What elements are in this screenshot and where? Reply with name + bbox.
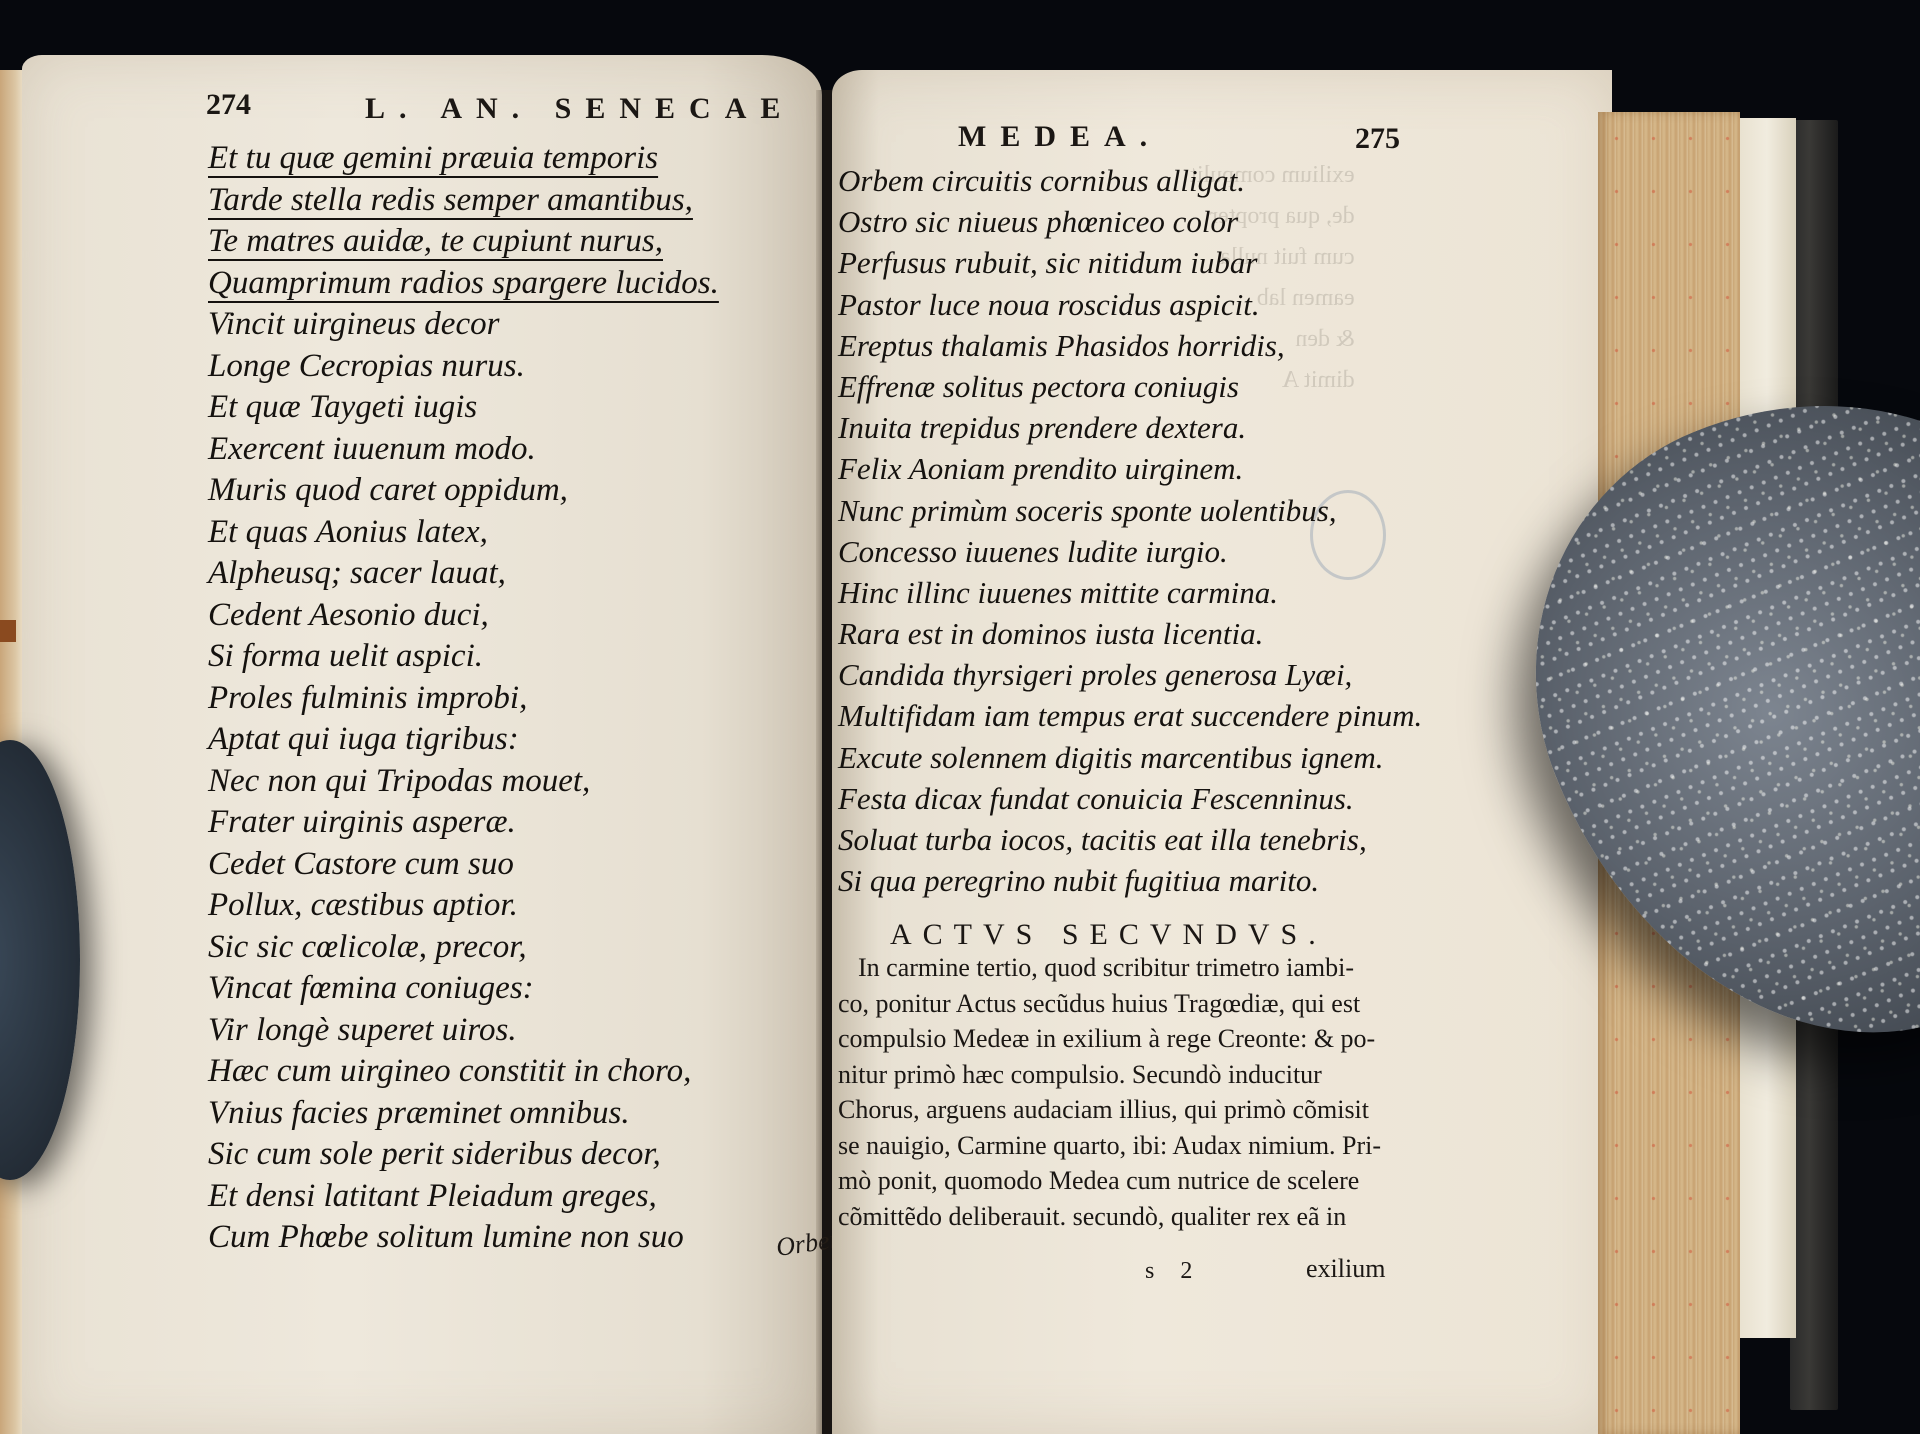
commentary-paragraph: In carmine tertio, quod scribitur trimet… xyxy=(838,950,1398,1234)
prose-line: se nauigio, Carmine quarto, ibi: Audax n… xyxy=(838,1128,1398,1164)
bookmark-tab xyxy=(0,620,16,642)
verse-line: Nunc primùm soceris sponte uolentibus, xyxy=(838,490,1422,531)
verse-line: Vnius facies præminet omnibus. xyxy=(208,1093,719,1135)
verse-line: Et quæ Taygeti iugis xyxy=(208,387,719,429)
right-page-number: 275 xyxy=(1355,122,1400,156)
verse-line: Frater uirginis asperæ. xyxy=(208,802,719,844)
verse-line: Proles fulminis improbi, xyxy=(208,678,719,720)
verse-line: Te matres auidæ, te cupiunt nurus, xyxy=(208,221,719,263)
verse-line: Vincit uirgineus decor xyxy=(208,304,719,346)
signature-mark: s 2 xyxy=(1145,1258,1202,1285)
verse-line: Muris quod caret oppidum, xyxy=(208,470,719,512)
verse-line: Sic cum sole perit sideribus decor, xyxy=(208,1134,719,1176)
verse-line: Felix Aoniam prendito uirginem. xyxy=(838,448,1422,489)
verse-line: Cum Phœbe solitum lumine non suo xyxy=(208,1217,719,1259)
verse-line: Rara est in dominos iusta licentia. xyxy=(838,613,1422,654)
verse-line: Inuita trepidus prendere dextera. xyxy=(838,407,1422,448)
prose-line: In carmine tertio, quod scribitur trimet… xyxy=(838,950,1398,986)
verse-line: Pastor luce noua roscidus aspicit. xyxy=(838,284,1422,325)
verse-line: Cedent Aesonio duci, xyxy=(208,595,719,637)
verse-line: Pollux, cæstibus aptior. xyxy=(208,885,719,927)
verse-line: Exercent iuuenum modo. xyxy=(208,429,719,471)
verse-line: Concesso iuuenes ludite iurgio. xyxy=(838,531,1422,572)
right-catchword: exilium xyxy=(1306,1254,1385,1284)
verse-line: Orbem circuitis cornibus alligat. xyxy=(838,160,1422,201)
verse-line: Nec non qui Tripodas mouet, xyxy=(208,761,719,803)
left-verse-lines: Et tu quæ gemini præuia temporis Tarde s… xyxy=(208,138,719,1259)
verse-line: Longe Cecropias nurus. xyxy=(208,346,719,388)
verse-line: Alpheusq; sacer lauat, xyxy=(208,553,719,595)
verse-line: Excute solennem digitis marcentibus igne… xyxy=(838,737,1422,778)
right-verse-lines: Orbem circuitis cornibus alligat. Ostro … xyxy=(838,160,1422,901)
verse-line: Si qua peregrino nubit fugitiua marito. xyxy=(838,860,1422,901)
verse-line: Multifidam iam tempus erat succendere pi… xyxy=(838,695,1422,736)
right-running-head: MEDEA. xyxy=(958,120,1161,154)
left-running-head: L. AN. SENECAE xyxy=(365,92,794,126)
act-heading: ACTVS SECVNDVS. xyxy=(890,918,1327,952)
prose-line: Chorus, arguens audaciam illius, qui pri… xyxy=(838,1092,1398,1128)
verse-line: Et quas Aonius latex, xyxy=(208,512,719,554)
book-photo: 274 L. AN. SENECAE Et tu quæ gemini præu… xyxy=(0,0,1920,1434)
verse-line: Cedet Castore cum suo xyxy=(208,844,719,886)
verse-line: Effrenæ solitus pectora coniugis xyxy=(838,366,1422,407)
verse-line: Si forma uelit aspici. xyxy=(208,636,719,678)
verse-line: Hæc cum uirgineo constitit in choro, xyxy=(208,1051,719,1093)
verse-line: Ereptus thalamis Phasidos horridis, xyxy=(838,325,1422,366)
verse-line: Et densi latitant Pleiadum greges, xyxy=(208,1176,719,1218)
verse-line: Vir longè superet uiros. xyxy=(208,1010,719,1052)
prose-line: cõmittẽdo deliberauit. secundò, qualiter… xyxy=(838,1199,1398,1235)
verse-line: Quamprimum radios spargere lucidos. xyxy=(208,263,719,305)
prose-line: compulsio Medeæ in exilium à rege Creont… xyxy=(838,1021,1398,1057)
verse-line: Aptat qui iuga tigribus: xyxy=(208,719,719,761)
verse-line: Candida thyrsigeri proles generosa Lyæi, xyxy=(838,654,1422,695)
prose-line: co, ponitur Actus secũdus huius Tragœdiæ… xyxy=(838,986,1398,1022)
verse-line: Ostro sic niueus phœniceo color xyxy=(838,201,1422,242)
prose-line: mò ponit, quomodo Medea cum nutrice de s… xyxy=(838,1163,1398,1199)
left-page-number: 274 xyxy=(206,88,251,122)
verse-line: Tarde stella redis semper amantibus, xyxy=(208,180,719,222)
verse-line: Vincat fœmina coniuges: xyxy=(208,968,719,1010)
verse-line: Sic sic cœlicolæ, precor, xyxy=(208,927,719,969)
verse-line: Perfusus rubuit, sic nitidum iubar xyxy=(838,242,1422,283)
prose-line: nitur primò hæc compulsio. Secundò induc… xyxy=(838,1057,1398,1093)
verse-line: Festa dicax fundat conuicia Fescenninus. xyxy=(838,778,1422,819)
verse-line: Et tu quæ gemini præuia temporis xyxy=(208,138,719,180)
verse-line: Hinc illinc iuuenes mittite carmina. xyxy=(838,572,1422,613)
verse-line: Soluat turba iocos, tacitis eat illa ten… xyxy=(838,819,1422,860)
